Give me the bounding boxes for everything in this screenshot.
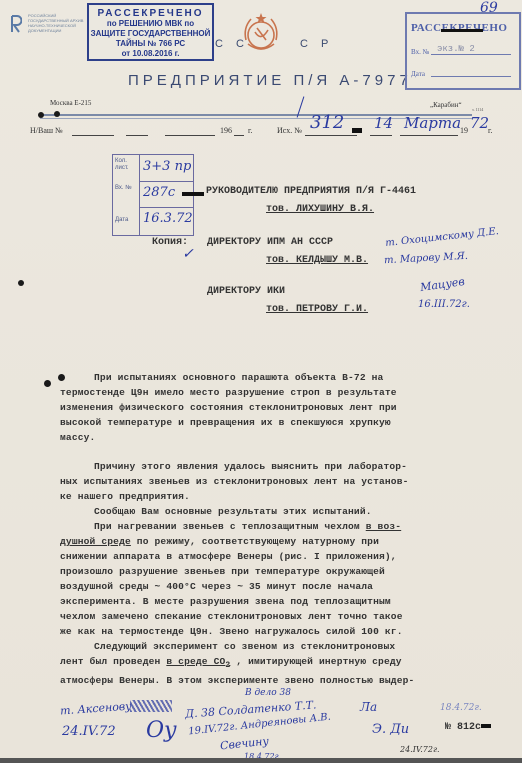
handwritten-bottom-date: 24.IV.72	[62, 724, 116, 739]
addressee-copy2-line1: ДИРЕКТОРУ ИКИ	[207, 286, 285, 297]
telegraph-address: „Карабин“	[430, 101, 462, 109]
underlined-phrase: в воз-	[366, 521, 401, 532]
declassified-stamp: РАССЕКРЕЧЕНО по РЕШЕНИЮ МВК по ЗАЩИТЕ ГО…	[87, 3, 214, 61]
incoming-value-date: 16.3.72	[143, 211, 193, 226]
body-line: высокой температуре и превращения их в с…	[60, 415, 470, 430]
year-suffix-1: г.	[248, 126, 252, 135]
checkmark-icon: ✓	[182, 246, 194, 262]
body-line: эксперимента. В месте разрушения звена п…	[60, 594, 470, 609]
declassified-stamp-line: по РЕШЕНИЮ МВК по	[89, 19, 212, 29]
out-day-value: 14	[374, 114, 393, 132]
body-line: воздушной среды ~ 400°С через ~ 35 минут…	[60, 579, 470, 594]
registry-stamp-title-text: РАССЕКРЕЧЕНО	[411, 22, 508, 34]
body-line: ке нашего предприятия.	[60, 489, 470, 504]
out-year-value: 72	[470, 114, 489, 132]
year-suffix-2: г.	[488, 126, 492, 135]
redaction-bar	[352, 128, 362, 133]
your-ref-label: Н/Ваш №	[30, 126, 63, 135]
underlined-phrase: душной среде	[60, 536, 131, 547]
body-line: Причину этого явления удалось выяснить п…	[94, 461, 407, 472]
body-line: лент был проведен	[60, 656, 166, 667]
out-number-value: 312	[310, 112, 344, 133]
body-line: ных испытаниях звеньев из стеклонитронов…	[60, 474, 470, 489]
handwritten-bottom-note: В дело 38	[245, 688, 291, 698]
registry-in-value: экз.№ 2	[437, 44, 475, 54]
addressee-copy2-line2: тов. ПЕТРОВУ Г.И.	[266, 304, 368, 315]
body-line: При нагревании звеньев с теплозащитным ч…	[94, 521, 366, 532]
your-ref-year-field	[234, 126, 244, 136]
your-ref-day-field	[126, 126, 148, 136]
declassified-stamp-title: РАССЕКРЕЧЕНО	[89, 8, 212, 19]
handwritten-bottom-date: 18.4.72г.	[440, 703, 482, 713]
footer-out-number: № 812с	[445, 722, 491, 733]
handwritten-date: 16.III.72г.	[418, 299, 470, 310]
declassified-stamp-line: ЗАЩИТЕ ГОСУДАРСТВЕННОЙ	[89, 29, 212, 39]
body-paragraph-5: Следующий эксперимент со звеном из стекл…	[60, 639, 470, 688]
body-line: же как на термостенде Ц9н. Звено нагружа…	[60, 624, 470, 639]
body-line: массу.	[60, 430, 470, 445]
body-paragraph-3: Сообщаю Вам основные результаты этих исп…	[60, 504, 470, 519]
out-ref-label: Исх. №	[277, 126, 302, 135]
incoming-label-number: Вх. №	[115, 185, 137, 192]
declassified-stamp-line: от 10.08.2016 г.	[89, 49, 212, 59]
ussr-coat-of-arms-icon	[237, 10, 285, 58]
handwritten-signature: Ла	[360, 700, 377, 714]
scan-bottom-edge	[0, 758, 522, 763]
body-line: Сообщаю Вам основные результаты этих исп…	[94, 506, 372, 517]
body-line: Следующий эксперимент со звеном из стекл…	[94, 641, 395, 652]
handwritten-signature: Мацуев	[419, 275, 465, 294]
redaction-bar	[441, 29, 483, 32]
body-line: снижении аппарата в атмосфере Венеры (ри…	[60, 549, 470, 564]
footer-out-number-text: № 812с	[445, 722, 481, 733]
registry-date-line	[431, 66, 511, 77]
handwritten-bottom-date: 24.IV.72г.	[400, 745, 440, 754]
handwritten-signature: Э. Дu	[372, 722, 409, 737]
body-paragraph-1: При испытаниях основного парашюта объект…	[60, 370, 470, 445]
out-month-value: Марта	[404, 114, 461, 132]
body-line: , имитирующей инертную среду	[230, 656, 401, 667]
incoming-divider	[139, 207, 193, 208]
addressee-primary-line2: тов. ЛИХУШИНУ В.Я.	[266, 204, 374, 215]
handwritten-bottom-note: т. Аксенову	[60, 700, 132, 718]
org-title: ПРЕДПРИЯТИЕ П/Я А-7977	[128, 72, 412, 89]
print-code: з. 1114	[472, 107, 483, 112]
incoming-value-number: 287с	[143, 185, 175, 200]
registry-in-label: Вх. №	[411, 48, 429, 56]
handwritten-note-okhotsimsky: т. Охоцимскому Д.Е.	[385, 226, 500, 249]
body-line: термостенде Ц9н имело место разрушение с…	[60, 385, 470, 400]
year-prefix-1: 196	[220, 126, 232, 135]
scribbled-out-text	[130, 700, 172, 712]
addressee-copy1-line1: ДИРЕКТОРУ ИПМ АН СССР	[207, 237, 333, 248]
ussr-right: С Р	[300, 38, 333, 50]
underlined-phrase: в среде СО2	[166, 656, 230, 667]
incoming-label-sheets: Кол. лист.	[115, 158, 137, 172]
registry-stamp-title: РАССЕКРЕЧЕНО	[411, 22, 508, 34]
binder-hole	[44, 380, 51, 387]
your-ref-field	[72, 126, 114, 136]
your-ref-month-field	[165, 126, 215, 136]
body-line: атмосферы Венеры. В этом эксперименте зв…	[60, 673, 470, 688]
body-line: чехлом замечено спекание стеклонитроновы…	[60, 609, 470, 624]
archive-logo: РОССИЙСКИЙ ГОСУДАРСТВЕННЫЙ АРХИВ НАУЧНО-…	[8, 12, 88, 36]
handwritten-signature-large: Оу	[146, 718, 177, 743]
body-line: изменения физического состояния стеклони…	[60, 400, 470, 415]
handwritten-note-marov: т. Марову М.Я.	[384, 251, 468, 266]
rgantd-logo-icon	[10, 14, 22, 34]
handwritten-bottom-note: Свечину	[219, 734, 269, 752]
redaction-bar	[481, 724, 491, 728]
addressee-primary-line1: РУКОВОДИТЕЛЮ ПРЕДПРИЯТИЯ П/Я Г-4461	[206, 186, 416, 197]
body-line: произошло разрушение звеньев при темпера…	[60, 564, 470, 579]
binder-hole	[18, 280, 24, 286]
body-line: по режиму, соответствующему натурному пр…	[131, 536, 379, 547]
addressee-copy1-line2: тов. КЕЛДЫШУ М.В.	[266, 255, 368, 266]
registry-stamp: РАССЕКРЕЧЕНО Вх. № экз.№ 2 Дата	[405, 12, 521, 90]
body-paragraph-4: При нагревании звеньев с теплозащитным ч…	[60, 519, 470, 639]
year-prefix-2: 19	[460, 126, 468, 135]
registry-date-label: Дата	[411, 70, 425, 78]
incoming-value-sheets: 3+3 пр	[143, 159, 191, 174]
redaction-bar	[182, 192, 204, 196]
incoming-divider	[139, 181, 193, 182]
body-paragraph-2: Причину этого явления удалось выяснить п…	[60, 459, 470, 504]
declassified-stamp-line: ТАЙНЫ № 766 РС	[89, 39, 212, 49]
incoming-label-date: Дата	[115, 217, 128, 224]
body-line: При испытаниях основного парашюта объект…	[94, 372, 383, 383]
document-page: РОССИЙСКИЙ ГОСУДАРСТВЕННЫЙ АРХИВ НАУЧНО-…	[0, 0, 522, 763]
underlined-text: в среде СО	[166, 656, 225, 667]
binder-hole	[38, 112, 44, 118]
city-address: Москва Е-215	[50, 99, 91, 107]
binder-hole	[54, 111, 60, 117]
